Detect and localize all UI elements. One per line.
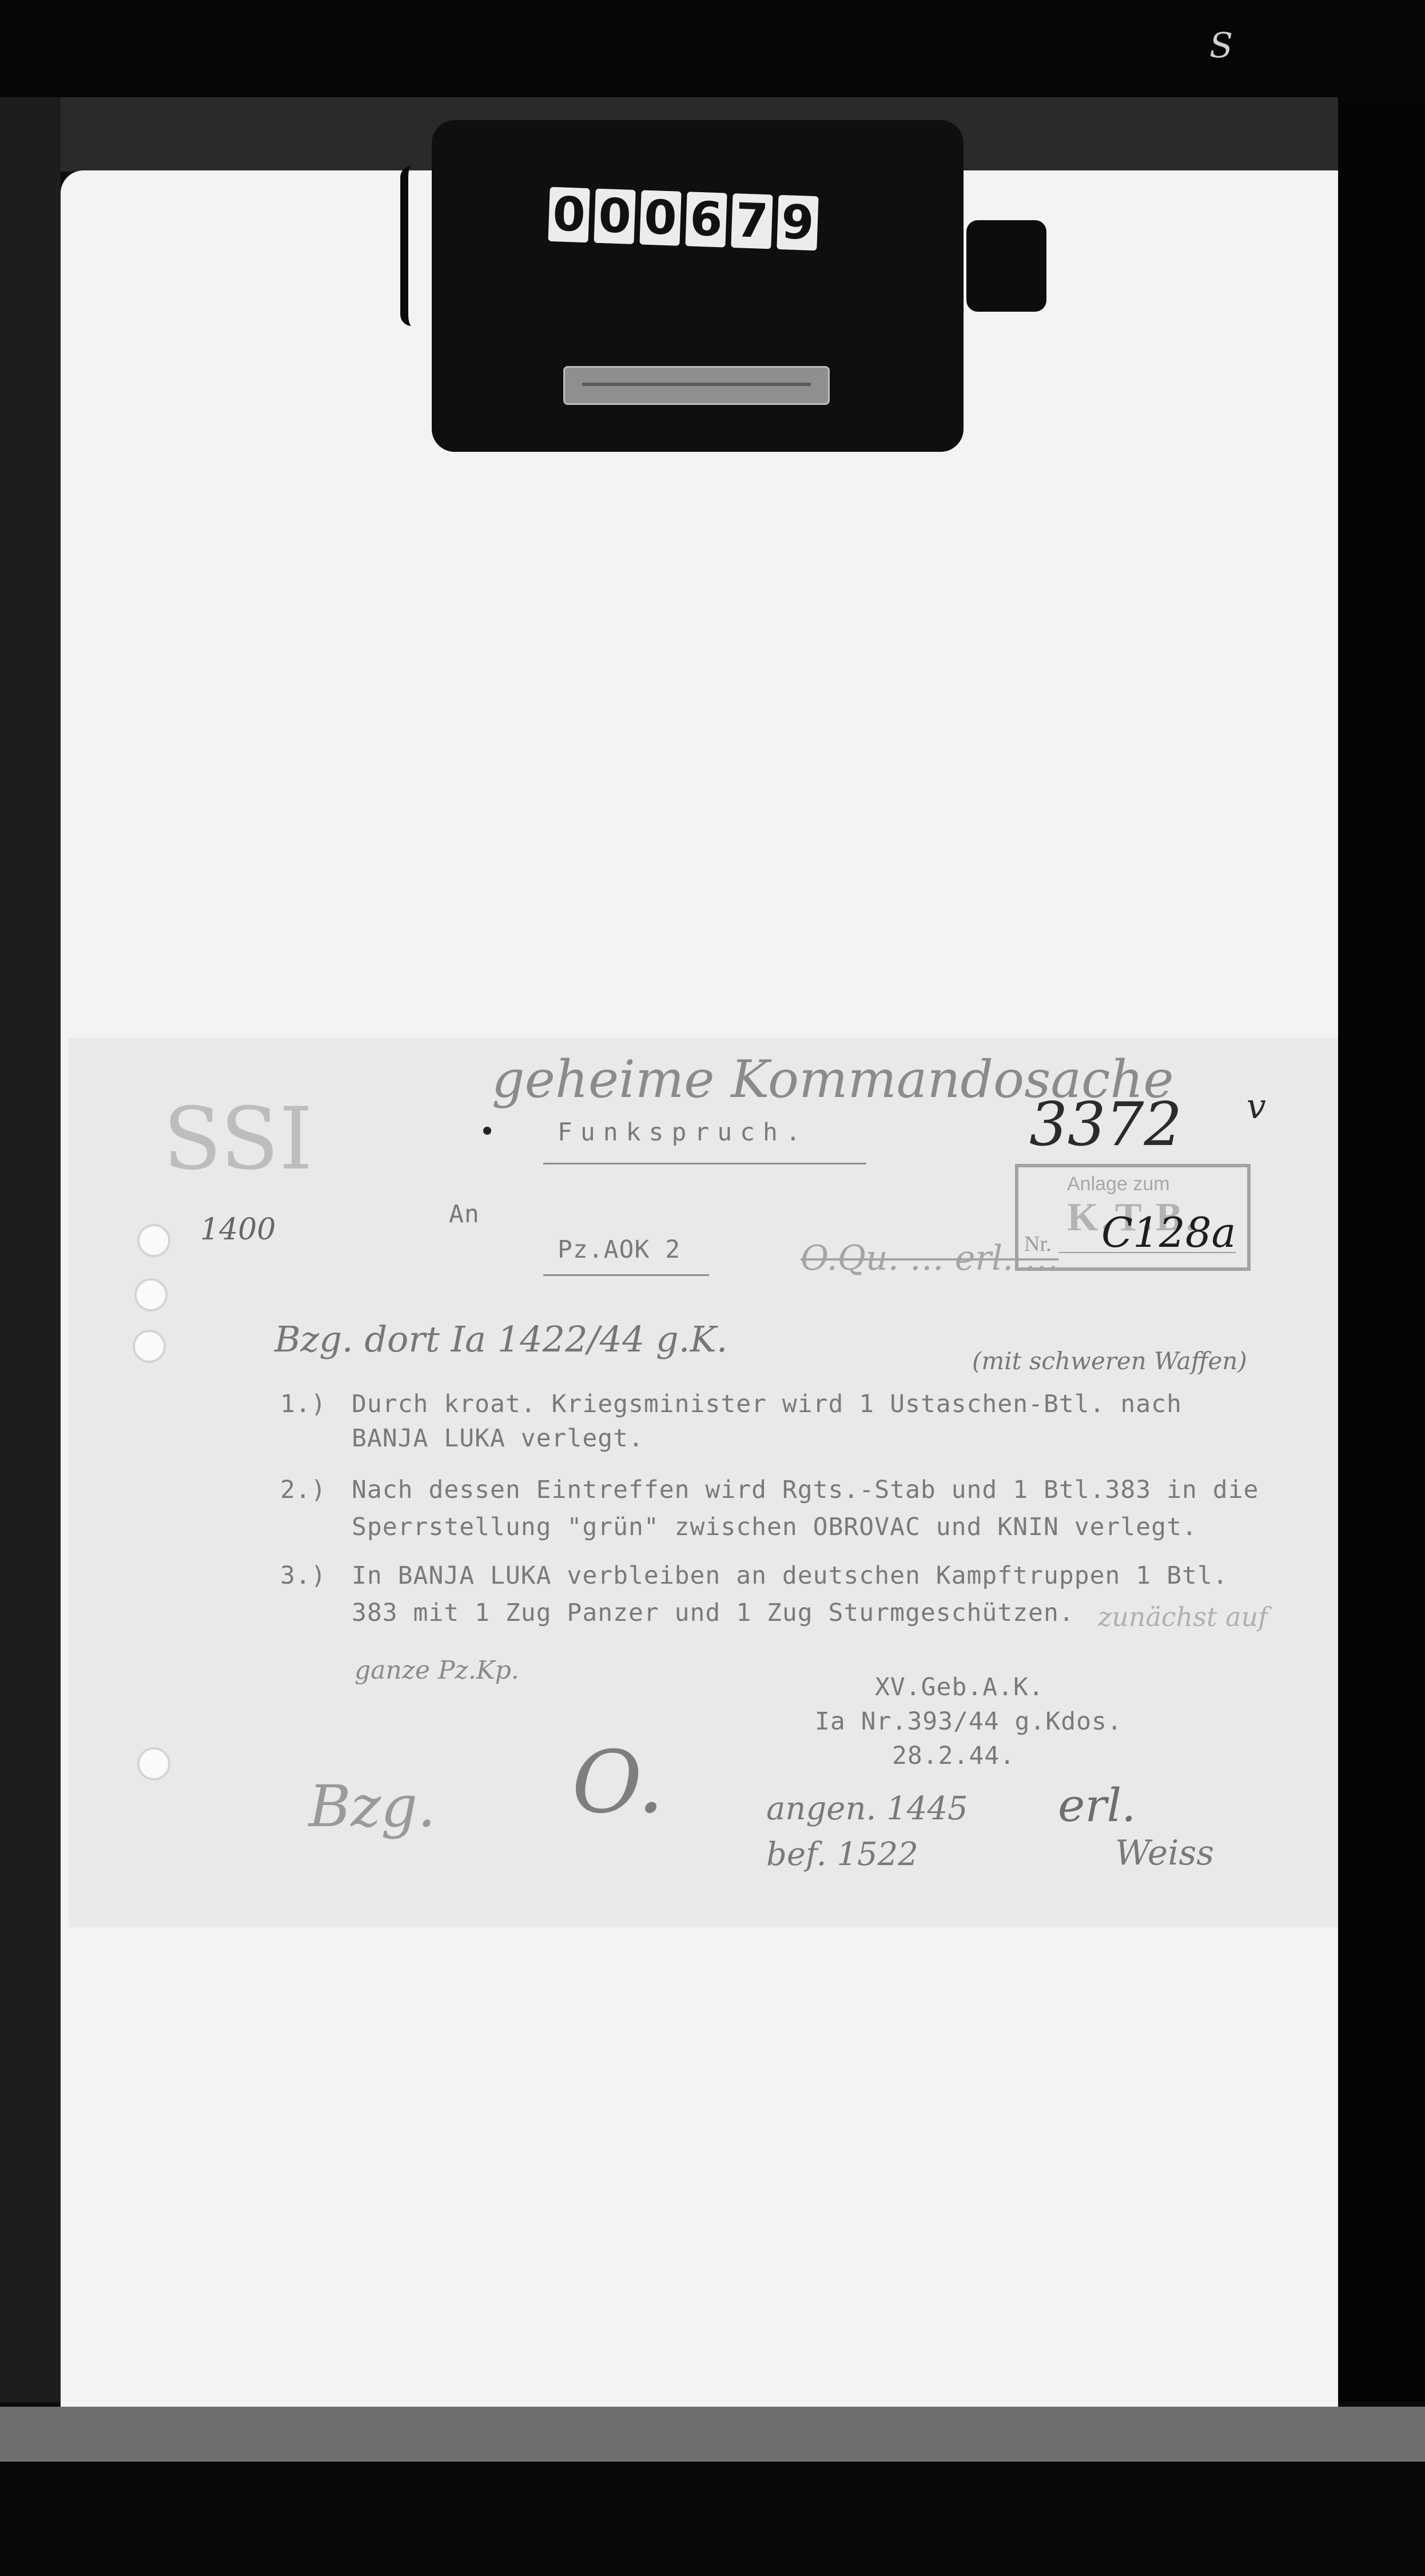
item-number: 2.) (280, 1476, 327, 1504)
punch-hole (137, 1747, 170, 1780)
counter-digit: 0 (594, 189, 635, 244)
item-line: Nach dessen Eintreffen wird Rgts.-Stab u… (352, 1476, 1259, 1504)
title-underline (543, 1163, 866, 1164)
counter-nameplate (563, 366, 830, 405)
ktb-stamp: Anlage zum K.T.B. Nr. C128a (1015, 1164, 1251, 1271)
punch-hole (137, 1224, 170, 1257)
counter-digit: 0 (639, 190, 681, 245)
recipient-underline (543, 1274, 709, 1276)
counter-cord (400, 166, 431, 326)
item-number: 3.) (280, 1561, 327, 1590)
item-line: In BANJA LUKA verbleiben an deutschen Ka… (352, 1561, 1228, 1590)
counter-knob (966, 220, 1046, 312)
archive-number: 3372 (1029, 1090, 1182, 1159)
annotation-below: ganze Pz.Kp. (355, 1656, 519, 1685)
margin-mark: SSI (163, 1090, 313, 1189)
stamp-nr-value: C128a (1101, 1209, 1236, 1257)
signature-left: Bzg. (309, 1773, 436, 1840)
film-border-bottom (0, 2462, 1425, 2576)
received-time: angen. 1445 (766, 1790, 968, 1827)
counter-digit: 7 (731, 193, 773, 249)
punch-hole (133, 1330, 166, 1363)
counter-digit: 6 (685, 192, 727, 247)
item-line: Durch kroat. Kriegsminister wird 1 Ustas… (352, 1390, 1182, 1418)
film-border-left (0, 97, 61, 2402)
counter-digit: 9 (777, 195, 818, 251)
signature-right-initial: erl. (1058, 1779, 1136, 1832)
annotation-right: zunächst auf (1098, 1601, 1268, 1632)
sender-reference: Ia Nr.393/44 g.Kdos. (815, 1707, 1123, 1736)
insertion-note: (mit schweren Waffen) (972, 1347, 1247, 1375)
sender-date: 28.2.44. (892, 1742, 1015, 1770)
item-line: Sperrstellung "grün" zwischen OBROVAC un… (352, 1513, 1197, 1541)
counter-digits: 0 0 0 6 7 9 (548, 187, 818, 251)
stamp-label: Anlage zum (1067, 1173, 1170, 1195)
item-number: 1.) (280, 1390, 327, 1418)
sender-unit: XV.Geb.A.K. (875, 1673, 1044, 1702)
check-mark: v (1247, 1087, 1266, 1127)
to-label: An (449, 1200, 480, 1229)
time-note: 1400 (200, 1213, 276, 1247)
stamp-nr-label: Nr. (1024, 1231, 1052, 1257)
signature-right-name: Weiss (1115, 1833, 1214, 1873)
message-title: Funkspruch. (558, 1118, 809, 1147)
bullet-dot (483, 1127, 491, 1135)
recipient: Pz.AOK 2 (558, 1235, 680, 1264)
punch-hole (134, 1278, 168, 1311)
film-edge-mark: S (1209, 26, 1233, 66)
signature-middle: O. (572, 1733, 664, 1832)
forwarded-time: bef. 1522 (766, 1836, 918, 1873)
item-line: 383 mit 1 Zug Panzer und 1 Zug Sturmgesc… (352, 1599, 1074, 1627)
item-line: BANJA LUKA verlegt. (352, 1424, 644, 1453)
reference-note: Bzg. dort Ia 1422/44 g.K. (274, 1318, 727, 1360)
film-border-bottom-shadow (0, 2407, 1425, 2462)
counter-digit: 0 (548, 187, 590, 243)
film-border-right (1338, 97, 1425, 2402)
